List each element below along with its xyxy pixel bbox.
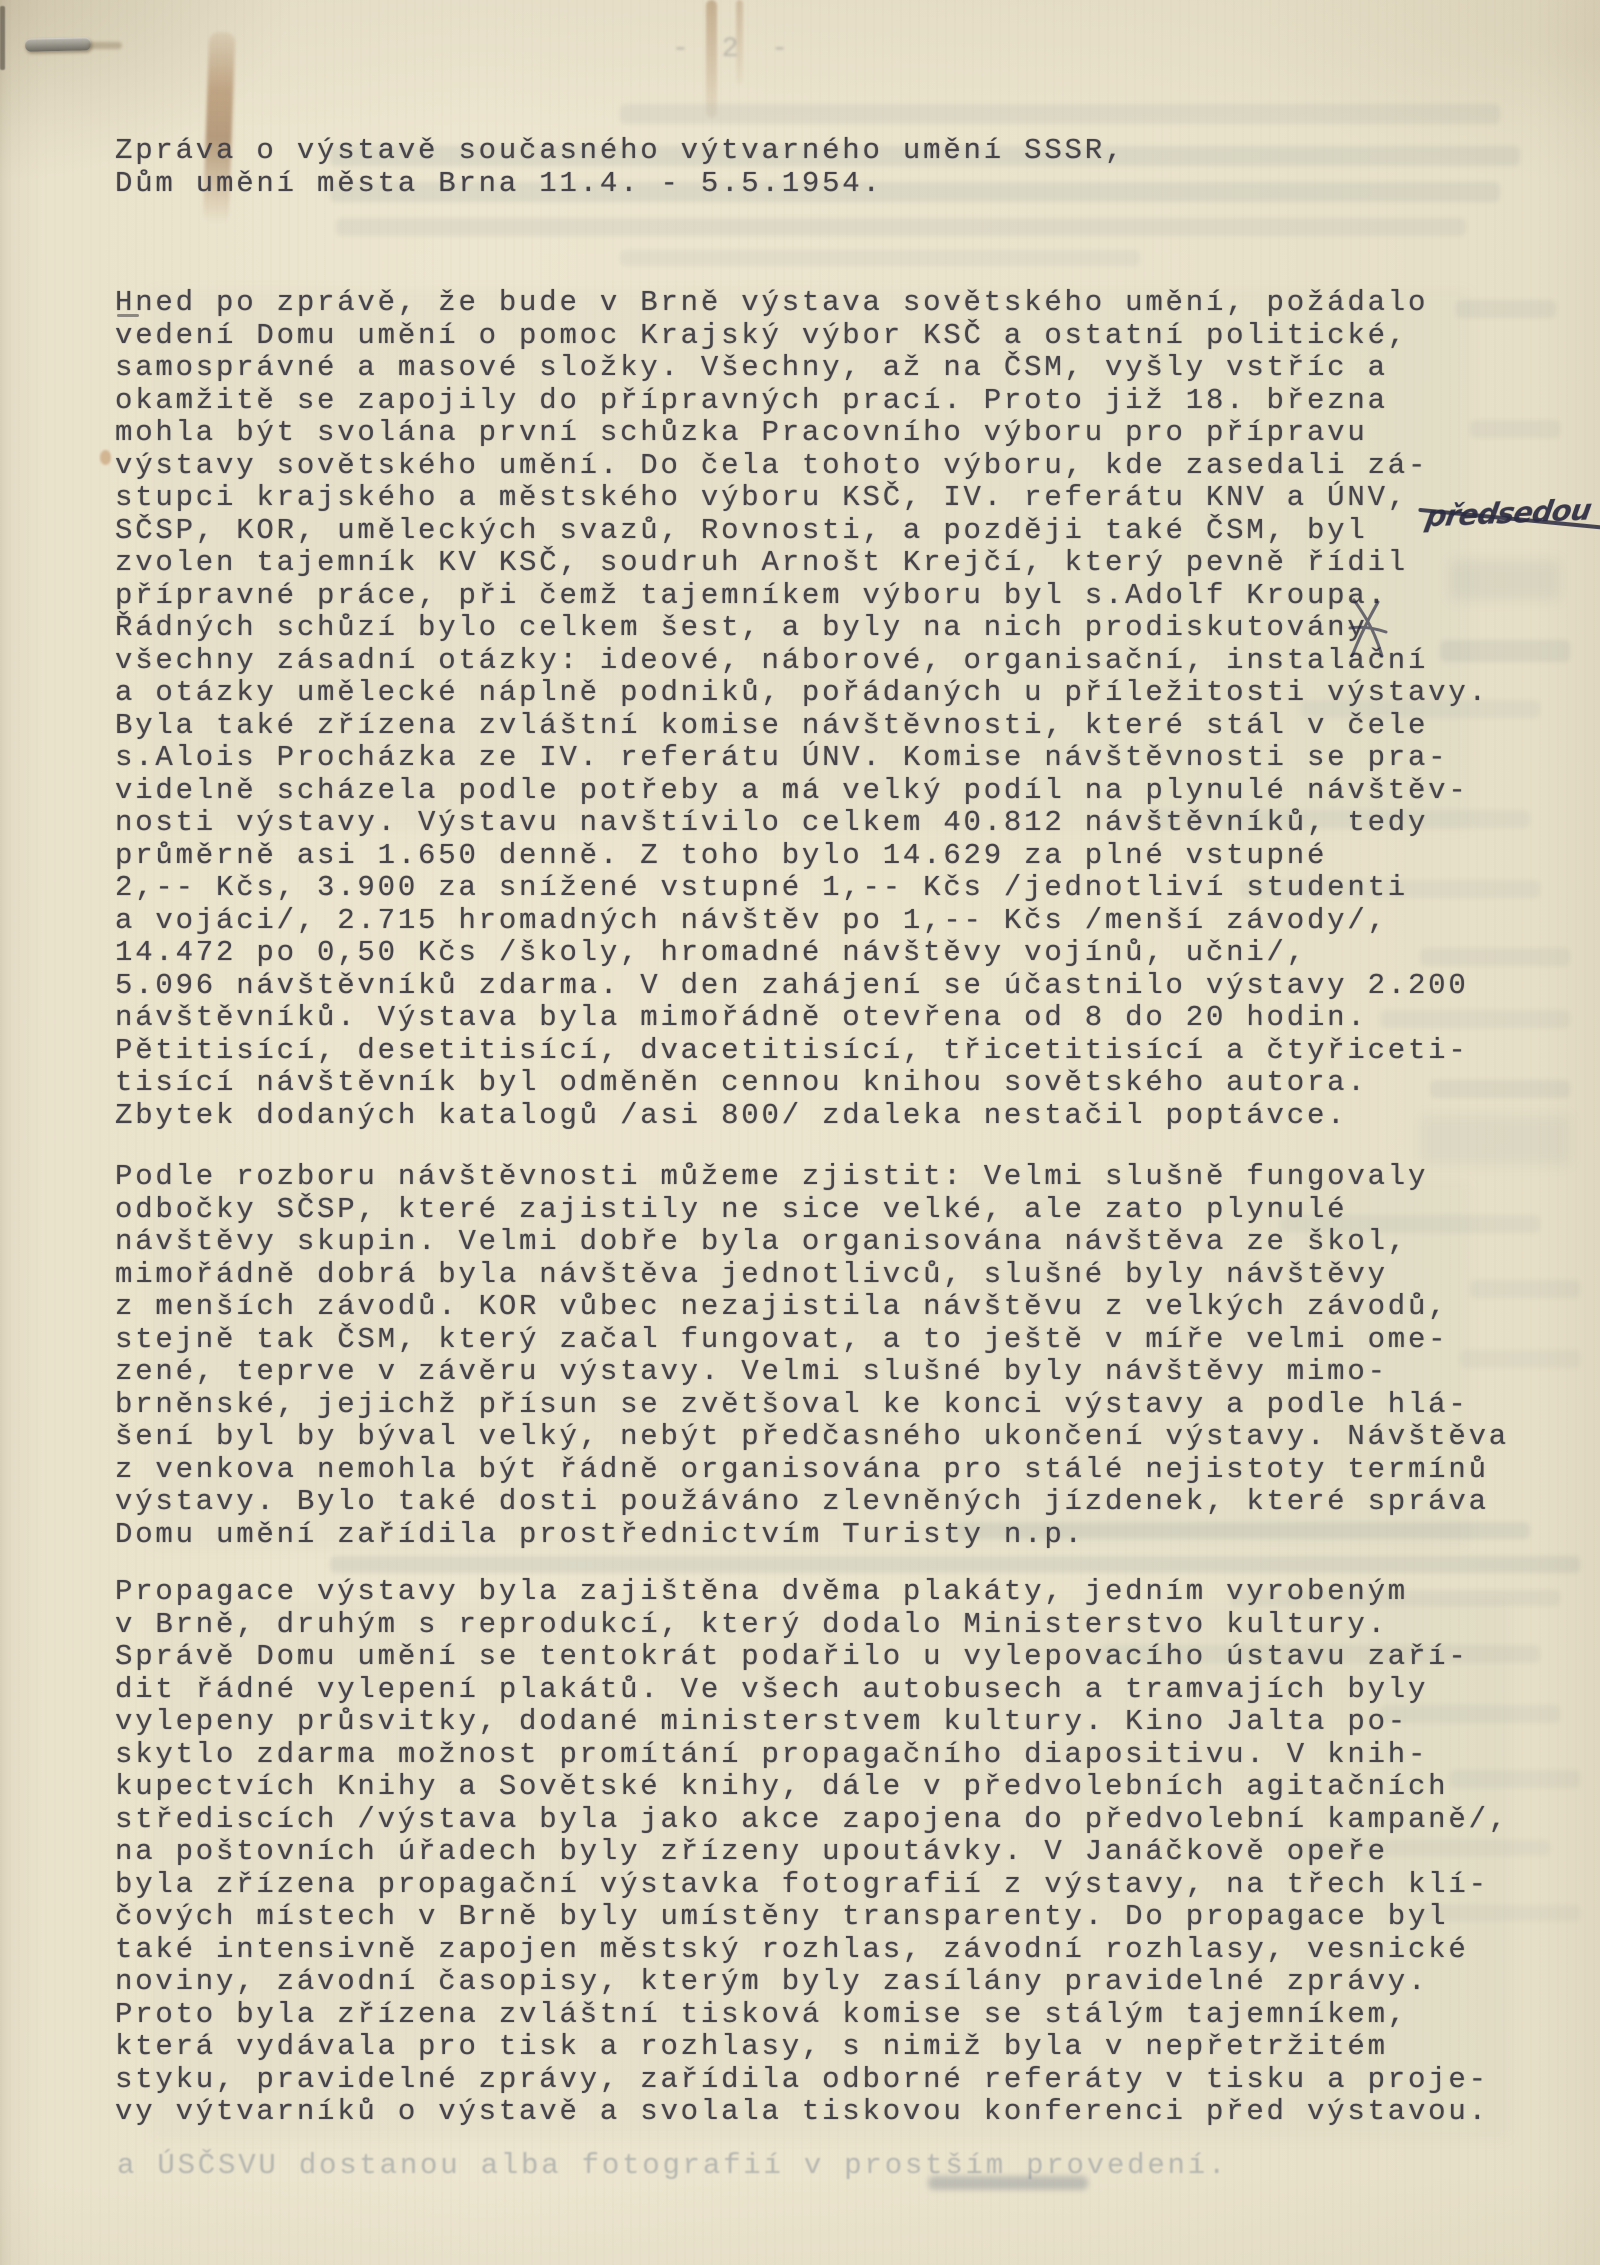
typewritten-line: brněnské, jejichž přísun se zvětšoval ke… (115, 1389, 1509, 1422)
typewritten-line: nosti výstavy. Výstavu navštívilo celkem… (115, 807, 1489, 840)
typewritten-line: mohla být svolána první schůzka Pracovní… (115, 417, 1489, 450)
typewritten-line: Podle rozboru návštěvnosti můžeme zjisti… (115, 1161, 1509, 1194)
typewritten-line: okamžitě se zapojily do přípravných prac… (115, 385, 1489, 418)
typewritten-line: Byla také zřízena zvláštní komise návště… (115, 710, 1489, 743)
typewritten-line: která vydávala pro tisk a rozhlasy, s ni… (115, 2031, 1509, 2064)
typewritten-line: vedení Domu umění o pomoc Krajský výbor … (115, 320, 1489, 353)
typewritten-line: také intensivně zapojen městský rozhlas,… (115, 1934, 1509, 1967)
typewritten-line: stejně tak ČSM, který začal fungovat, a … (115, 1324, 1509, 1357)
stain-dot (100, 450, 111, 465)
typewritten-line: Zpráva o výstavě současného výtvarného u… (115, 126, 1125, 159)
typewritten-line: skytlo zdarma možnost promítání propagač… (115, 1739, 1509, 1772)
typewritten-line: styku, pravidelné zprávy, zařídila odbor… (115, 2064, 1509, 2097)
typewritten-line: Propagace výstavy byla zajištěna dvěma p… (115, 1576, 1509, 1609)
ink-correction-mark (1348, 598, 1388, 660)
typewritten-line: výstavy sovětského umění. Do čela tohoto… (115, 450, 1489, 483)
typewritten-line: střediscích /výstava byla jako akce zapo… (115, 1804, 1509, 1837)
bleedthrough-text-line: a ÚSČSVU dostanou alba fotografií v pros… (117, 2149, 1228, 2182)
typewritten-line: Hned po zprávě, že bude v Brně výstava s… (115, 287, 1489, 320)
typewritten-line: vylepeny průsvitky, dodané ministerstvem… (115, 1706, 1509, 1739)
typewritten-line: stupci krajského a městského výboru KSČ,… (115, 482, 1489, 515)
bleedthrough-smudge (620, 250, 1140, 266)
typewritten-line: Správě Domu umění se tentokrát podařilo … (115, 1641, 1509, 1674)
typewritten-line: čových místech v Brně byly umístěny tran… (115, 1901, 1509, 1934)
typewritten-line: Proto byla zřízena zvláštní tisková komi… (115, 1999, 1509, 2032)
typewritten-line: dit řádné vylepení plakátů. Ve všech aut… (115, 1674, 1509, 1707)
typewritten-line: 5.096 návštěvníků zdarma. V den zahájení… (115, 970, 1489, 1003)
page-number: - 2 - (672, 34, 796, 65)
typewritten-line: Pětitisící, desetitisící, dvacetitisící,… (115, 1035, 1489, 1068)
scanned-typewritten-page: - 2 - Zpráva o výstavě současného výtvar… (0, 0, 1600, 2265)
typewritten-line: všechny zásadní otázky: ideové, náborové… (115, 645, 1489, 678)
typewritten-line: noviny, závodní časopisy, kterým byly za… (115, 1966, 1509, 1999)
typewritten-line: odbočky SČSP, které zajistily ne sice ve… (115, 1194, 1509, 1227)
staple (25, 37, 91, 51)
typewritten-line: Řádných schůzí bylo celkem šest, a byly … (115, 612, 1489, 645)
typewritten-line: návštěvníků. Výstava byla mimořádně otev… (115, 1002, 1489, 1035)
paragraph-2: Podle rozboru návštěvnosti můžeme zjisti… (115, 1161, 1509, 1551)
typewritten-line: průměrně asi 1.650 denně. Z toho bylo 14… (115, 840, 1489, 873)
typewritten-line: z menších závodů. KOR vůbec nezajistila … (115, 1291, 1509, 1324)
typewritten-line: byla zřízena propagační výstavka fotogra… (115, 1869, 1509, 1902)
typewritten-line: z venkova nemohla být řádně organisována… (115, 1454, 1509, 1487)
typewritten-line: 14.472 po 0,50 Kčs /školy, hromadné návš… (115, 937, 1489, 970)
typewritten-line: a otázky umělecké náplně podniků, pořáda… (115, 677, 1489, 710)
typewritten-line: s.Alois Procházka ze IV. referátu ÚNV. K… (115, 742, 1489, 775)
typewritten-line: šení byl by býval velký, nebýt předčasné… (115, 1421, 1509, 1454)
typewritten-line: zené, teprve v závěru výstavy. Velmi slu… (115, 1356, 1509, 1389)
typewritten-line: SČSP, KOR, uměleckých svazů, Rovnosti, a… (115, 515, 1489, 548)
typewriter-underline-artifact (117, 314, 139, 317)
typewritten-line: mimořádně dobrá byla návštěva jednotlivc… (115, 1259, 1509, 1292)
staple-rust-smear (88, 42, 122, 49)
typewritten-line: Zbytek dodaných katalogů /asi 800/ zdale… (115, 1100, 1489, 1133)
typewritten-line: Domu umění zařídila prostřednictvím Turi… (115, 1519, 1509, 1552)
typewritten-line: samosprávné a masové složky. Všechny, až… (115, 352, 1489, 385)
scan-edge-shadow (0, 6, 5, 70)
typewritten-line: výstavy. Bylo také dosti použáváno zlevn… (115, 1486, 1509, 1519)
typewritten-line: návštěvy skupin. Velmi dobře byla organi… (115, 1226, 1509, 1259)
bleedthrough-smudge (336, 218, 1466, 236)
typewritten-line: a vojáci/, 2.715 hromadných návštěv po 1… (115, 905, 1489, 938)
typewritten-line: 2,-- Kčs, 3.900 za snížené vstupné 1,-- … (115, 872, 1489, 905)
typewritten-line: zvolen tajemník KV KSČ, soudruh Arnošt K… (115, 547, 1489, 580)
bleedthrough-smudge (330, 1556, 1580, 1573)
document-title: Zpráva o výstavě současného výtvarného u… (115, 126, 1125, 191)
paragraph-1: Hned po zprávě, že bude v Brně výstava s… (115, 287, 1489, 1132)
paragraph-3: Propagace výstavy byla zajištěna dvěma p… (115, 1576, 1509, 2129)
typewritten-line: přípravné práce, při čemž tajemníkem výb… (115, 580, 1489, 613)
typewritten-line: tisící návštěvník byl odměněn cennou kni… (115, 1067, 1489, 1100)
typewritten-line: na poštovních úřadech byly zřízeny upout… (115, 1836, 1509, 1869)
typewritten-line: kupectvích Knihy a Sovětské knihy, dále … (115, 1771, 1509, 1804)
typewritten-line: v Brně, druhým s reprodukcí, který dodal… (115, 1609, 1509, 1642)
typewritten-line: vy výtvarníků o výstavě a svolala tiskov… (115, 2096, 1509, 2129)
typewritten-line: videlně scházela podle potřeby a má velk… (115, 775, 1489, 808)
bleedthrough-smudge (620, 104, 1500, 124)
